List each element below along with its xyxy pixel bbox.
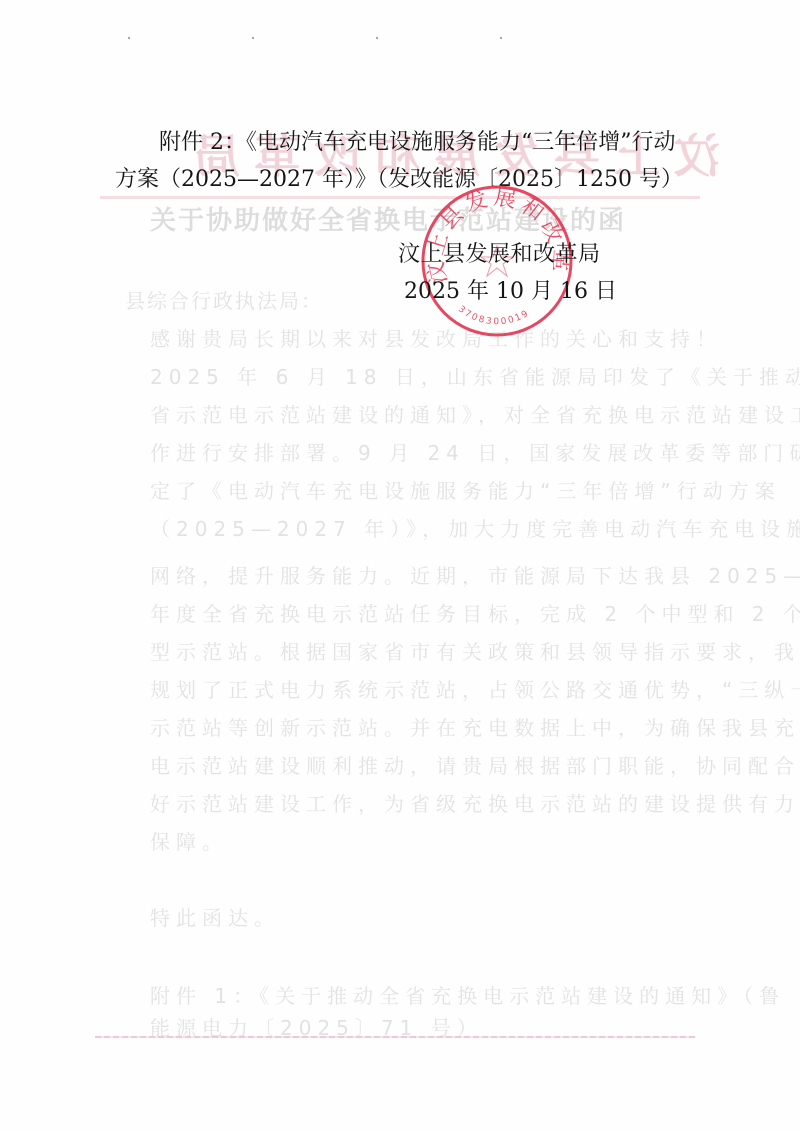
ghost-line: 型示范站。根据国家省市有关政策和县领导指示要求，我县: [150, 636, 710, 665]
scan-mark: [376, 37, 378, 39]
ghost-line: 2025 年 6 月 18 日，山东省能源局印发了《关于推动全: [150, 361, 710, 390]
ghost-line: 网络，提升服务能力。近期，市能源局下达我县 2025—2027: [150, 560, 710, 589]
sign-date: 2025 年 10 月 16 日: [380, 273, 660, 310]
ghost-line: 能源电力〔2025〕71 号）: [150, 1012, 710, 1041]
ghost-line: 电示范站建设顺利推动，请贵局根据部门职能，协同配合做: [150, 750, 710, 779]
ghost-line: 规划了正式电力系统示范站，占领公路交通优势，“三纵一横”: [150, 674, 710, 703]
signer-organization: 汶上县发展和改革局: [380, 236, 660, 273]
scan-mark: [128, 37, 130, 39]
attachment-title: 附件 2：《电动汽车充电设施服务能力“三年倍增”行动 方案（2025—2027 …: [115, 124, 705, 198]
ghost-line: （2025—2027 年）》，加大力度完善电动汽车充电设施服务: [150, 513, 710, 542]
ghost-line: 定了《电动汽车充电设施服务能力“三年倍增”行动方案: [150, 475, 710, 504]
ghost-line: 作进行安排部署。9 月 24 日，国家发展改革委等部门研究: [150, 437, 710, 466]
scan-mark: [252, 37, 254, 39]
ghost-line: 示范站等创新示范站。并在充电数据上中，为确保我县充换: [150, 712, 710, 741]
scan-mark: [500, 37, 502, 39]
ghost-line: 好示范站建设工作，为省级充换电示范站的建设提供有力: [150, 788, 710, 817]
ghost-line: 特此函达。: [150, 902, 710, 931]
ghost-line: 保障。: [150, 826, 710, 855]
attachment-title-line-1: 附件 2：《电动汽车充电设施服务能力“三年倍增”行动: [115, 124, 705, 161]
ghost-footer-rule: [95, 1036, 695, 1038]
ghost-line: 年度全省充换电示范站任务目标，完成 2 个中型和 2 个小: [150, 598, 710, 627]
ghost-line: 省示范电示范站建设的通知》，对全省充换电示范站建设工: [150, 399, 710, 428]
document-page: 汶上县发展和改革局 关于协助做好全省换电示范站建设的函 县综合行政执法局： 感谢…: [0, 0, 800, 1131]
signature-block: 汶上县发展和改革局 2025 年 10 月 16 日: [380, 236, 660, 310]
ghost-line: 附件 1：《关于推动全省充换电示范站建设的通知》（鲁: [150, 980, 710, 1009]
attachment-title-line-2: 方案（2025—2027 年）》（发改能源〔2025〕1250 号）: [115, 161, 705, 198]
